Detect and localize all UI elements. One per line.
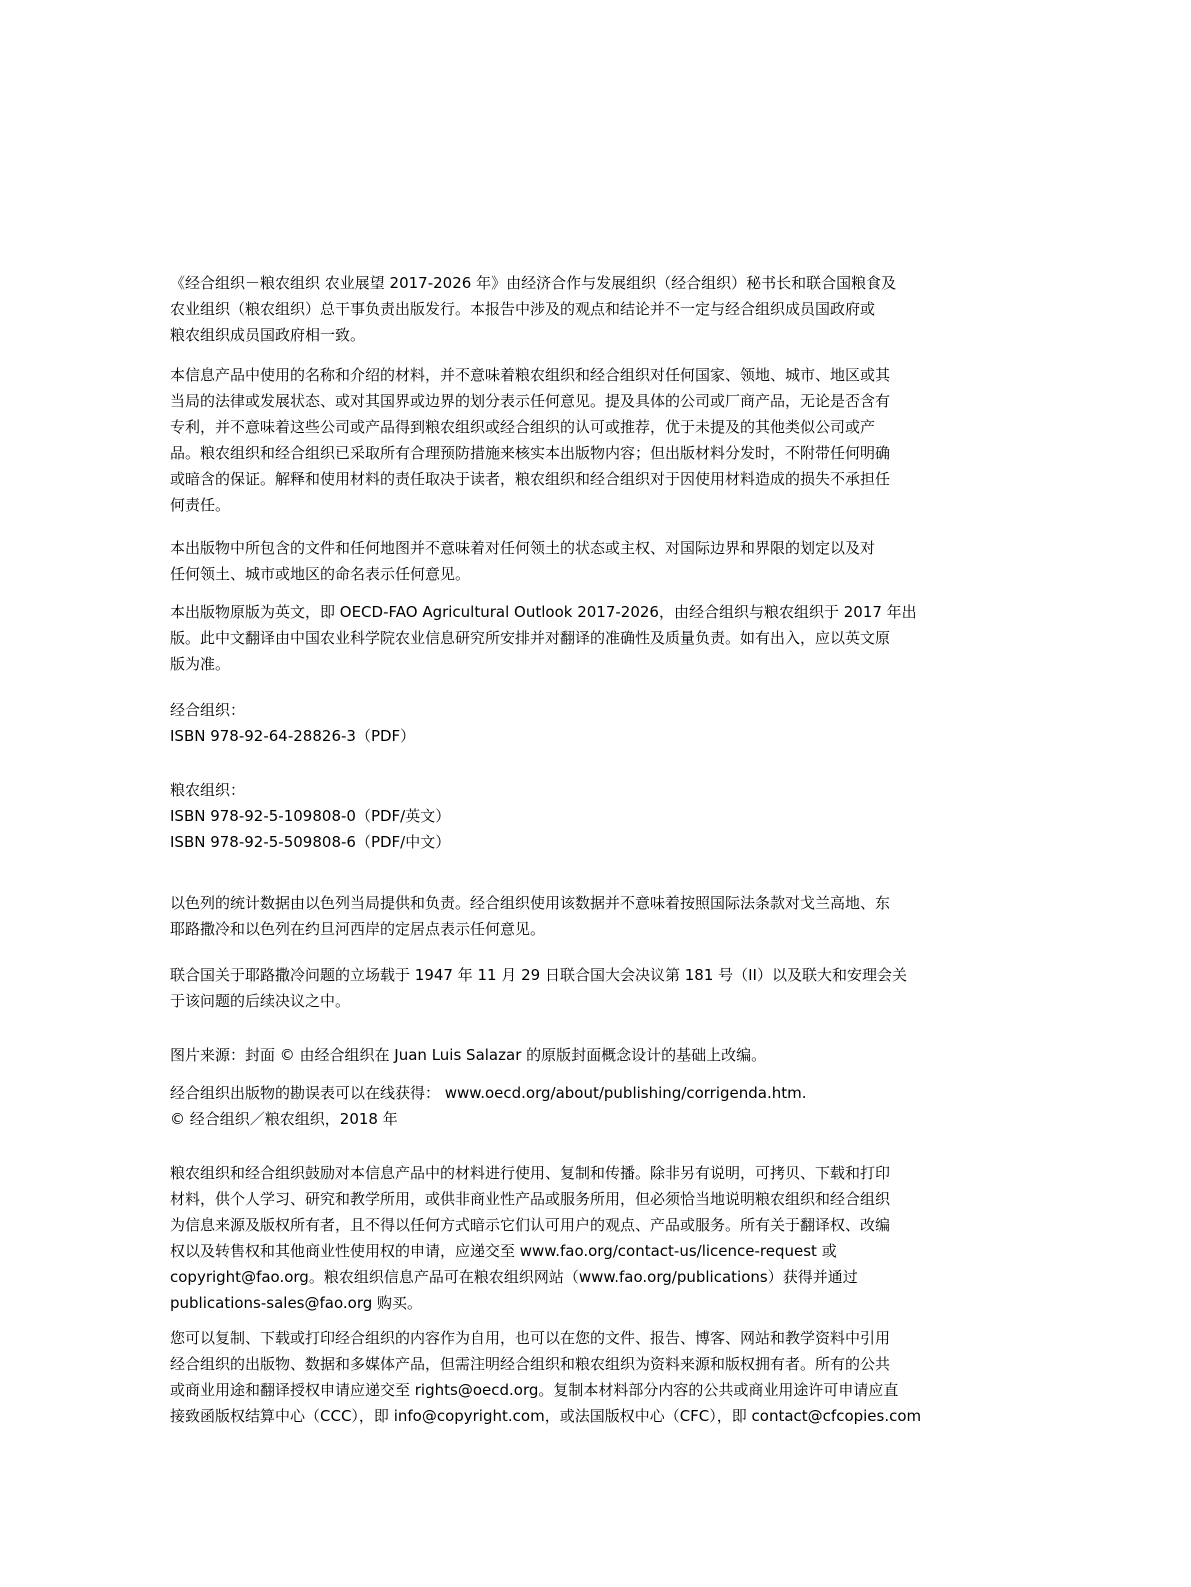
text-line: 本出版物中所包含的文件和任何地图并不意味着对任何领土的状态或主权、对国际边界和界…: [170, 535, 1018, 561]
text-line: 何责任。: [170, 492, 1018, 518]
text-line: publications-sales@fao.org 购买。: [170, 1290, 1018, 1316]
text-line: 为信息来源及版权所有者，且不得以任何方式暗示它们认可用户的观点、产品或服务。所有…: [170, 1212, 1018, 1238]
text-line: 于该问题的后续决议之中。: [170, 988, 1018, 1014]
text-line: ISBN 978-92-5-109808-0（PDF/英文）: [170, 803, 1018, 829]
text-line: copyright@fao.org。粮农组织信息产品可在粮农组织网站（www.f…: [170, 1264, 1018, 1290]
text-line: 耶路撒冷和以色列在约旦河西岸的定居点表示任何意见。: [170, 916, 1018, 942]
text-line: © 经合组织／粮农组织，2018 年: [170, 1106, 1018, 1132]
paragraph-fao-isbn: 粮农组织：ISBN 978-92-5-109808-0（PDF/英文）ISBN …: [170, 777, 1018, 855]
text-line: 以色列的统计数据由以色列当局提供和负责。经合组织使用该数据并不意味着按照国际法条…: [170, 890, 1018, 916]
paragraph-p-corrigenda: 经合组织出版物的勘误表可以在线获得： www.oecd.org/about/pu…: [170, 1080, 1018, 1132]
paragraph-p-photo: 图片来源：封面 © 由经合组织在 Juan Luis Salazar 的原版封面…: [170, 1042, 1018, 1068]
paragraph-p3: 本出版物中所包含的文件和任何地图并不意味着对任何领土的状态或主权、对国际边界和界…: [170, 535, 1018, 587]
text-line: 农业组织（粮农组织）总干事负责出版发行。本报告中涉及的观点和结论并不一定与经合组…: [170, 296, 1018, 322]
text-line: 材料，供个人学习、研究和教学所用，或供非商业性产品或服务所用，但必须恰当地说明粮…: [170, 1186, 1018, 1212]
text-line: 专利，并不意味着这些公司或产品得到粮农组织或经合组织的认可或推荐，优于未提及的其…: [170, 414, 1018, 440]
text-line: 或商业用途和翻译授权申请应递交至 rights@oecd.org。复制本材料部分…: [170, 1377, 1018, 1403]
text-line: 或暗含的保证。解释和使用材料的责任取决于读者，粮农组织和经合组织对于因使用材料造…: [170, 466, 1018, 492]
text-line: 品。粮农组织和经合组织已采取所有合理预防措施来核实本出版物内容；但出版材料分发时…: [170, 440, 1018, 466]
paragraph-p-jerusalem: 联合国关于耶路撒冷问题的立场载于 1947 年 11 月 29 日联合国大会决议…: [170, 962, 1018, 1014]
paragraph-oecd-isbn: 经合组织：ISBN 978-92-64-28826-3（PDF）: [170, 697, 1018, 749]
text-line: 权以及转售权和其他商业性使用权的申请，应递交至 www.fao.org/cont…: [170, 1238, 1018, 1264]
text-line: 当局的法律或发展状态、或对其国界或边界的划分表示任何意见。提及具体的公司或厂商产…: [170, 388, 1018, 414]
text-line: 粮农组织和经合组织鼓励对本信息产品中的材料进行使用、复制和传播。除非另有说明，可…: [170, 1160, 1018, 1186]
text-line: 粮农组织：: [170, 777, 1018, 803]
text-line: 联合国关于耶路撒冷问题的立场载于 1947 年 11 月 29 日联合国大会决议…: [170, 962, 1018, 988]
text-line: 任何领土、城市或地区的命名表示任何意见。: [170, 561, 1018, 587]
paragraph-p1: 《经合组织－粮农组织 农业展望 2017-2026 年》由经济合作与发展组织（经…: [170, 270, 1018, 348]
paragraph-p-fao-rights: 粮农组织和经合组织鼓励对本信息产品中的材料进行使用、复制和传播。除非另有说明，可…: [170, 1160, 1018, 1316]
text-line: 《经合组织－粮农组织 农业展望 2017-2026 年》由经济合作与发展组织（经…: [170, 270, 1018, 296]
paragraph-p-oecd-rights: 您可以复制、下载或打印经合组织的内容作为自用，也可以在您的文件、报告、博客、网站…: [170, 1325, 1018, 1429]
text-line: 图片来源：封面 © 由经合组织在 Juan Luis Salazar 的原版封面…: [170, 1042, 1018, 1068]
text-line: 版。此中文翻译由中国农业科学院农业信息研究所安排并对翻译的准确性及质量负责。如有…: [170, 625, 1018, 651]
text-line: ISBN 978-92-64-28826-3（PDF）: [170, 723, 1018, 749]
text-line: 您可以复制、下载或打印经合组织的内容作为自用，也可以在您的文件、报告、博客、网站…: [170, 1325, 1018, 1351]
paragraph-p-israel: 以色列的统计数据由以色列当局提供和负责。经合组织使用该数据并不意味着按照国际法条…: [170, 890, 1018, 942]
paragraph-p4: 本出版物原版为英文，即 OECD-FAO Agricultural Outloo…: [170, 599, 1018, 677]
text-line: 经合组织：: [170, 697, 1018, 723]
text-line: 经合组织的出版物、数据和多媒体产品，但需注明经合组织和粮农组织为资料来源和版权拥…: [170, 1351, 1018, 1377]
text-line: ISBN 978-92-5-509808-6（PDF/中文）: [170, 829, 1018, 855]
text-line: 本信息产品中使用的名称和介绍的材料，并不意味着粮农组织和经合组织对任何国家、领地…: [170, 362, 1018, 388]
text-line: 版为准。: [170, 651, 1018, 677]
text-line: 粮农组织成员国政府相一致。: [170, 322, 1018, 348]
text-line: 经合组织出版物的勘误表可以在线获得： www.oecd.org/about/pu…: [170, 1080, 1018, 1106]
paragraph-p2: 本信息产品中使用的名称和介绍的材料，并不意味着粮农组织和经合组织对任何国家、领地…: [170, 362, 1018, 518]
text-line: 接致函版权结算中心（CCC），即 info@copyright.com，或法国版…: [170, 1403, 1018, 1429]
text-line: 本出版物原版为英文，即 OECD-FAO Agricultural Outloo…: [170, 599, 1018, 625]
